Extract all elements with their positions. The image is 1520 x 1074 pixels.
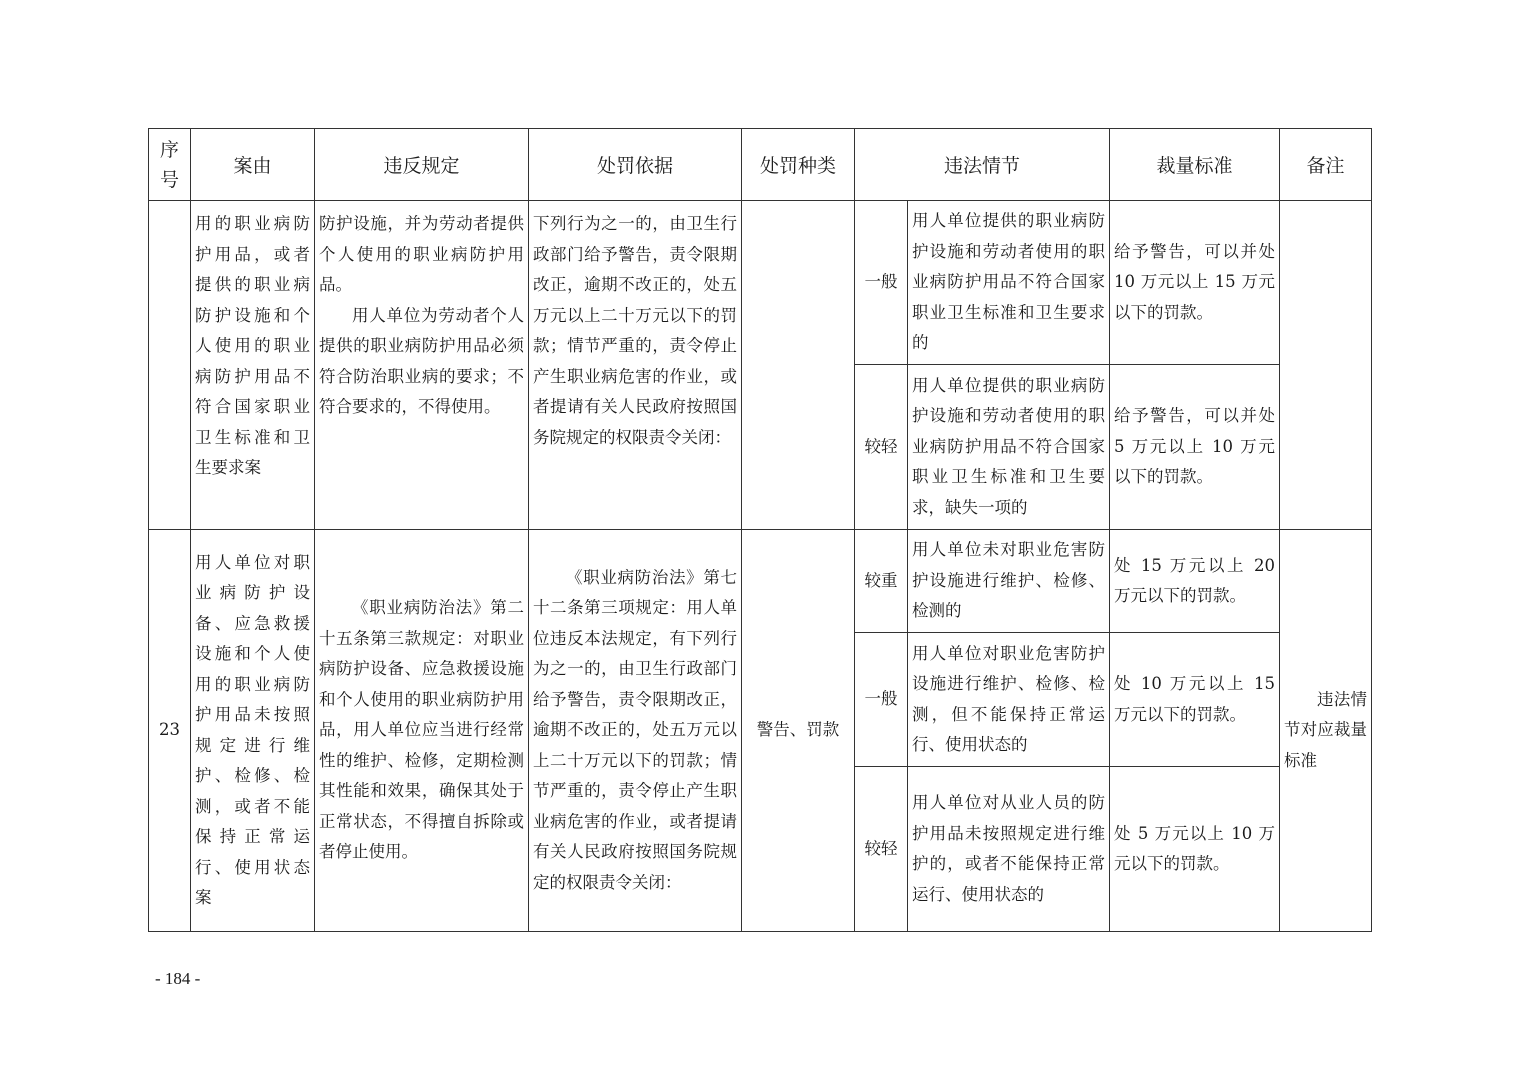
basis-cell: 《职业病防治法》第七十二条第三项规定：用人单位违反本法规定，有下列行为之一的，由… — [529, 530, 742, 932]
page-number: - 184 - — [155, 969, 200, 989]
rule-paragraph: 防护设施，并为劳动者提供个人使用的职业病防护用品。 — [319, 209, 524, 301]
standard-cell: 处 10 万元以上 15 万元以下的罚款。 — [1110, 633, 1280, 767]
header-seq: 序号 — [149, 129, 191, 201]
header-type: 处罚种类 — [742, 129, 855, 201]
type-cell: 警告、罚款 — [742, 530, 855, 932]
note-cell: 违法情节对应裁量标准 — [1280, 530, 1372, 932]
case-cell: 用人单位对职业病防护设备、应急救援设施和个人使用的职业病防护用品未按照规定进行维… — [191, 530, 315, 932]
header-basis: 处罚依据 — [529, 129, 742, 201]
rule-paragraph: 用人单位为劳动者个人提供的职业病防护用品必须符合防治职业病的要求；不符合要求的，… — [319, 301, 524, 423]
header-circumstance: 违法情节 — [855, 129, 1110, 201]
header-rule: 违反规定 — [315, 129, 529, 201]
type-cell — [742, 201, 855, 530]
circumstance-cell: 用人单位对从业人员的防护用品未按照规定进行维护的，或者不能保持正常运行、使用状态… — [908, 767, 1110, 932]
level-cell: 较轻 — [855, 767, 908, 932]
case-cell: 用的职业病防护用品，或者提供的职业病防护设施和个人使用的职业病防护用品不符合国家… — [191, 201, 315, 530]
seq-cell — [149, 201, 191, 530]
circumstance-cell: 用人单位提供的职业病防护设施和劳动者使用的职业病防护用品不符合国家职业卫生标准和… — [908, 201, 1110, 365]
seq-cell: 23 — [149, 530, 191, 932]
circumstance-cell: 用人单位未对职业危害防护设施进行维护、检修、检测的 — [908, 530, 1110, 633]
note-cell — [1280, 201, 1372, 530]
circumstance-cell: 用人单位对职业危害防护设施进行维护、检修、检测，但不能保持正常运行、使用状态的 — [908, 633, 1110, 767]
rule-cell: 《职业病防治法》第二十五条第三款规定：对职业病防护设备、应急救援设施和个人使用的… — [315, 530, 529, 932]
header-standard: 裁量标准 — [1110, 129, 1280, 201]
level-cell: 较重 — [855, 530, 908, 633]
header-case: 案由 — [191, 129, 315, 201]
circumstance-cell: 用人单位提供的职业病防护设施和劳动者使用的职业病防护用品不符合国家职业卫生标准和… — [908, 365, 1110, 530]
basis-cell: 下列行为之一的，由卫生行政部门给予警告，责令限期改正，逾期不改正的，处五万元以上… — [529, 201, 742, 530]
standard-cell: 处 15 万元以上 20 万元以下的罚款。 — [1110, 530, 1280, 633]
table-row: 用的职业病防护用品，或者提供的职业病防护设施和个人使用的职业病防护用品不符合国家… — [149, 201, 1372, 365]
level-cell: 较轻 — [855, 365, 908, 530]
standard-cell: 给予警告，可以并处 5 万元以上 10 万元以下的罚款。 — [1110, 365, 1280, 530]
standard-cell: 处 5 万元以上 10 万元以下的罚款。 — [1110, 767, 1280, 932]
rule-cell: 防护设施，并为劳动者提供个人使用的职业病防护用品。 用人单位为劳动者个人提供的职… — [315, 201, 529, 530]
header-note: 备注 — [1280, 129, 1372, 201]
level-cell: 一般 — [855, 201, 908, 365]
penalty-discretion-table: 序号 案由 违反规定 处罚依据 处罚种类 违法情节 裁量标准 备注 用的职业病防… — [148, 128, 1372, 932]
table-header-row: 序号 案由 违反规定 处罚依据 处罚种类 违法情节 裁量标准 备注 — [149, 129, 1372, 201]
table-row: 23 用人单位对职业病防护设备、应急救援设施和个人使用的职业病防护用品未按照规定… — [149, 530, 1372, 633]
standard-cell: 给予警告，可以并处 10 万元以上 15 万元以下的罚款。 — [1110, 201, 1280, 365]
level-cell: 一般 — [855, 633, 908, 767]
